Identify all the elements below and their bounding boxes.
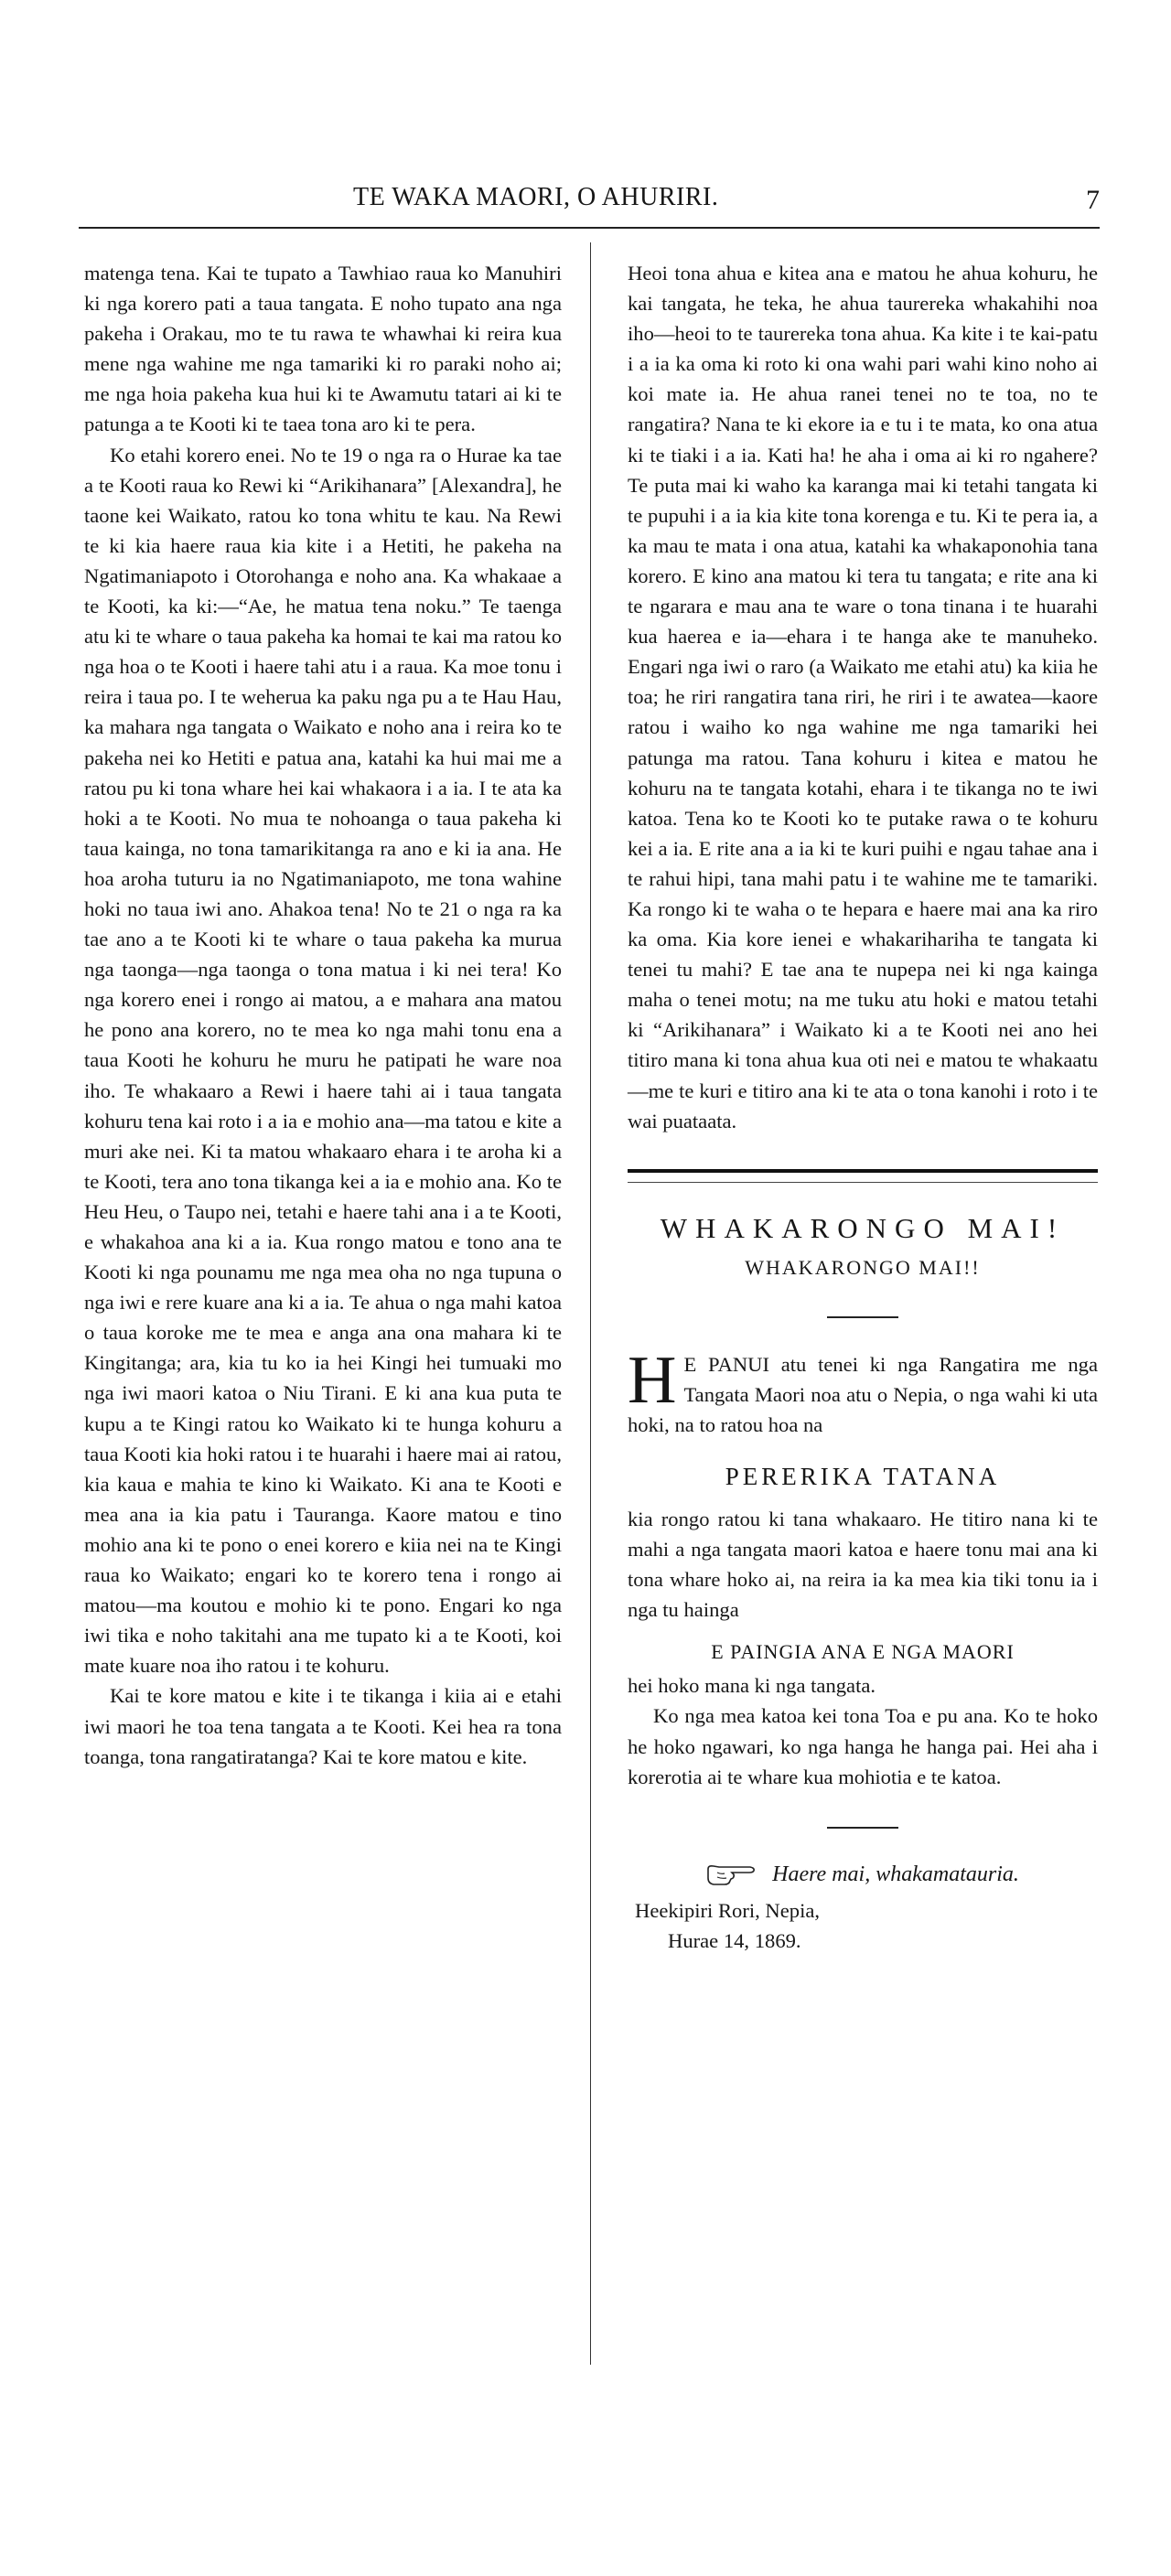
pointing-hand-icon — [706, 1863, 756, 1887]
ad-subheading-2: E PAINGIA ANA E NGA MAORI — [628, 1637, 1098, 1667]
advertisement: WHAKARONGO MAI! WHAKARONGO MAI!! HE PANU… — [628, 1210, 1098, 1956]
page-number: 7 — [1086, 185, 1100, 216]
masthead: TE WAKA MAORI, O AHURIRI. 7 — [79, 183, 1100, 220]
signature: Heekipiri Rori, Nepia, Hurae 14, 1869. — [635, 1895, 1098, 1956]
drop-cap: H — [628, 1353, 676, 1408]
ad-body: hei hoko mana ki nga tangata. — [628, 1670, 1098, 1701]
paragraph: matenga tena. Kai te tupato a Tawhiao ra… — [84, 258, 562, 440]
ad-body: kia rongo ratou ki tana whakaaro. He tit… — [628, 1504, 1098, 1625]
signature-place: Heekipiri Rori, Nepia, — [635, 1895, 1098, 1926]
newspaper-title: TE WAKA MAORI, O AHURIRI. — [353, 183, 718, 212]
merchant-name: PERERIKA TATANA — [628, 1460, 1098, 1493]
invitation-text: Haere mai, whakamatauria. — [772, 1862, 1019, 1886]
left-column: matenga tena. Kai te tupato a Tawhiao ra… — [84, 258, 562, 1772]
short-rule — [827, 1827, 898, 1829]
invitation-line: Haere mai, whakamatauria. — [628, 1860, 1098, 1890]
ad-intro-text: E PANUI atu tenei ki nga Rangatira me ng… — [628, 1353, 1098, 1436]
section-divider — [628, 1169, 1098, 1183]
right-column: Heoi tona ahua e kitea ana e matou he ah… — [628, 258, 1098, 1956]
ad-heading: WHAKARONGO MAI! — [628, 1210, 1098, 1247]
header-rule — [79, 227, 1100, 229]
ad-intro: HE PANUI atu tenei ki nga Rangatira me n… — [628, 1349, 1098, 1440]
paragraph: Ko etahi korero enei. No te 19 o nga ra … — [84, 440, 562, 1681]
column-divider — [590, 242, 591, 2365]
ad-subheading: WHAKARONGO MAI!! — [628, 1254, 1098, 1282]
paragraph: Heoi tona ahua e kitea ana e matou he ah… — [628, 258, 1098, 1136]
ad-body: Ko nga mea katoa kei tona Toa e pu ana. … — [628, 1701, 1098, 1791]
short-rule — [827, 1316, 898, 1318]
paragraph: Kai te kore matou e kite i te tikanga i … — [84, 1680, 562, 1771]
signature-date: Hurae 14, 1869. — [668, 1926, 1098, 1956]
